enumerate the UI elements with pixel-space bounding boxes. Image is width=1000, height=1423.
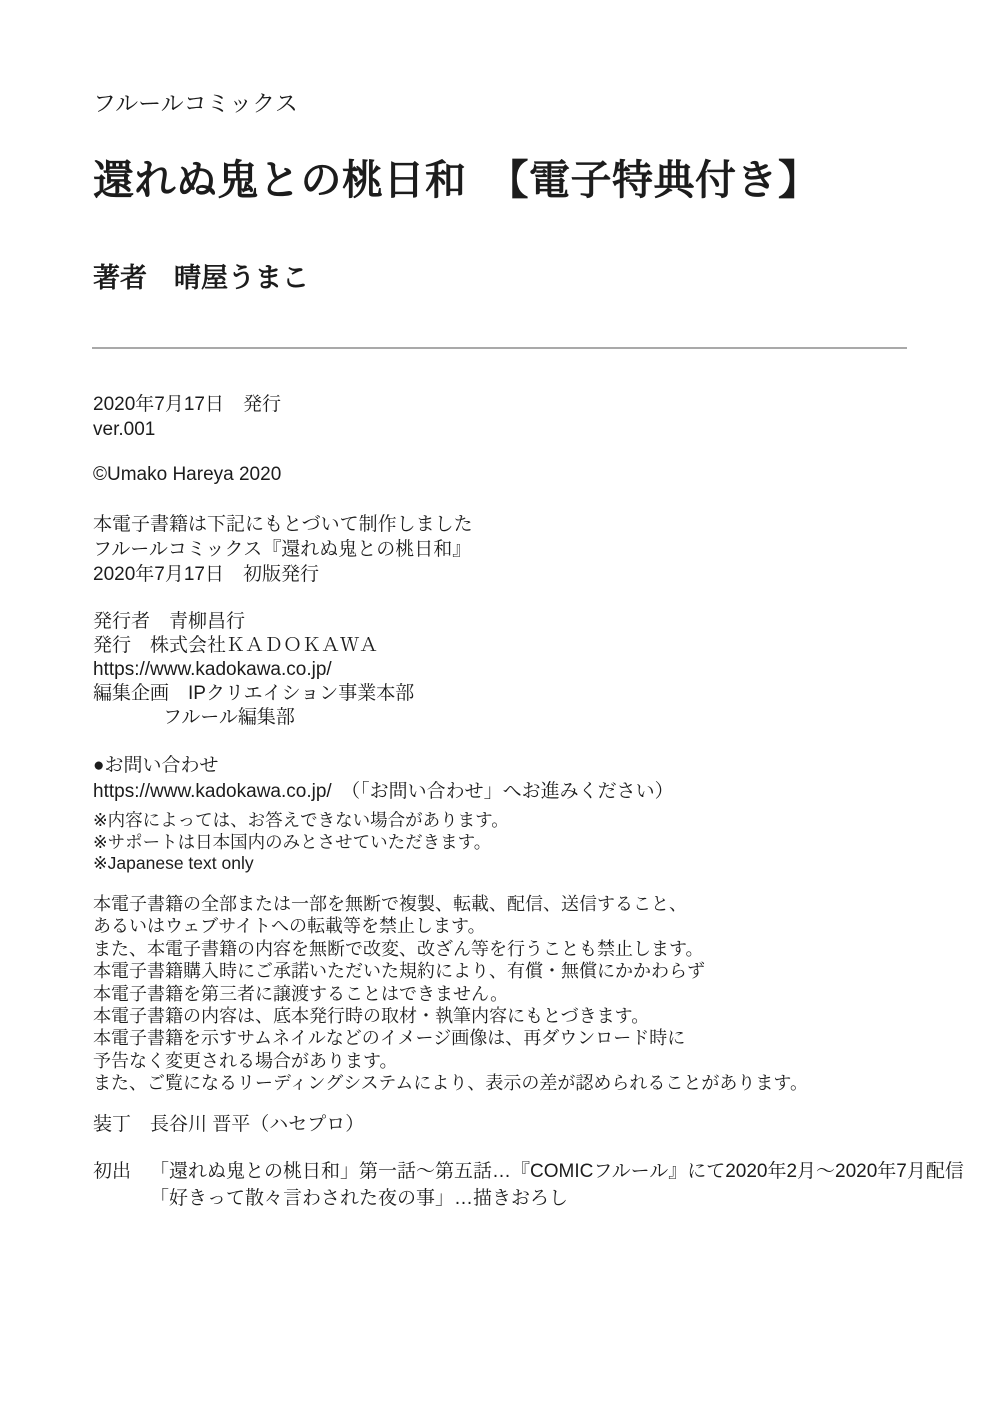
book-title: 還れぬ鬼との桃日和 【電子特典付き】 [93, 156, 820, 205]
legal-line: 本電子書籍を第三者に譲渡することはできません。 [93, 983, 808, 1005]
legal-line: また、ご覧になるリーディングシステムにより、表示の差が認められることがあります。 [93, 1072, 808, 1094]
author-line: 著者 晴屋うまこ [93, 262, 309, 294]
first-publication-line: 「還れぬ鬼との桃日和」第一話～第五話…『COMICフルール』にて2020年2月～… [150, 1158, 964, 1185]
contact-heading: ●お問い合わせ [93, 753, 674, 779]
contact-url-line[interactable]: https://www.kadokawa.co.jp/ （「お問い合わせ」へお進… [93, 779, 674, 805]
publisher-block: 発行者 青柳昌行 発行 株式会社ＫＡＤＯＫＡＷＡ https://www.kad… [93, 610, 414, 730]
publisher-company-line: 発行 株式会社ＫＡＤＯＫＡＷＡ [93, 634, 414, 658]
editorial-dept-line: フルール編集部 [93, 706, 414, 730]
edition-block: 2020年7月17日 発行 ver.001 [93, 392, 281, 442]
contact-block: ●お問い合わせ https://www.kadokawa.co.jp/ （「お問… [93, 753, 674, 875]
base-edition-date: 2020年7月17日 初版発行 [93, 562, 473, 587]
legal-line: あるいはウェブサイトへの転載等を禁止します。 [93, 915, 808, 937]
first-publication-label: 初出 [93, 1158, 150, 1212]
design-credit: 装丁 長谷川 晋平（ハセプロ） [93, 1111, 364, 1138]
legal-line: 本電子書籍の内容は、底本発行時の取材・執筆内容にもとづきます。 [93, 1005, 808, 1027]
first-publication: 初出 「還れぬ鬼との桃日和」第一話～第五話…『COMICフルール』にて2020年… [93, 1158, 964, 1212]
contact-note: ※サポートは日本国内のみとさせていただきます。 [93, 832, 674, 854]
design-value: 長谷川 晋平（ハセプロ） [150, 1111, 364, 1138]
contact-notes: ※内容によっては、お答えできない場合があります。 ※サポートは日本国内のみとさせ… [93, 810, 674, 875]
imprint-label: フルールコミックス [93, 90, 298, 118]
legal-line: 本電子書籍購入時にご承諾いただいた規約により、有償・無償にかかわらず [93, 960, 808, 982]
first-publication-details: 「還れぬ鬼との桃日和」第一話～第五話…『COMICフルール』にて2020年2月～… [150, 1158, 964, 1212]
legal-line: また、本電子書籍の内容を無断で改変、改ざん等を行うことも禁止します。 [93, 938, 808, 960]
publisher-url[interactable]: https://www.kadokawa.co.jp/ [93, 658, 414, 682]
copyright-line: ©Umako Hareya 2020 [93, 462, 281, 487]
issue-date-line: 2020年7月17日 発行 [93, 392, 281, 417]
issuer-line: 発行者 青柳昌行 [93, 610, 414, 634]
legal-block: 本電子書籍の全部または一部を無断で複製、転載、配信、送信すること、 あるいはウェ… [93, 893, 808, 1095]
colophon-page: フルールコミックス 還れぬ鬼との桃日和 【電子特典付き】 著者 晴屋うまこ 20… [0, 0, 1000, 1423]
contact-note: ※Japanese text only [93, 853, 674, 875]
divider-rule [92, 347, 907, 349]
contact-note: ※内容によっては、お答えできない場合があります。 [93, 810, 674, 832]
editorial-planning-line: 編集企画 IPクリエイション事業本部 [93, 682, 414, 706]
first-publication-line: 「好きって散々言わされた夜の事」…描きおろし [150, 1185, 964, 1212]
legal-line: 本電子書籍の全部または一部を無断で複製、転載、配信、送信すること、 [93, 893, 808, 915]
base-edition-block: 本電子書籍は下記にもとづいて制作しました フルールコミックス『還れぬ鬼との桃日和… [93, 512, 473, 587]
design-label: 装丁 [93, 1111, 150, 1138]
legal-line: 本電子書籍を示すサムネイルなどのイメージ画像は、再ダウンロード時に [93, 1027, 808, 1049]
base-edition-note: 本電子書籍は下記にもとづいて制作しました [93, 512, 473, 537]
legal-line: 予告なく変更される場合があります。 [93, 1050, 808, 1072]
version-line: ver.001 [93, 417, 281, 442]
base-edition-title: フルールコミックス『還れぬ鬼との桃日和』 [93, 537, 473, 562]
